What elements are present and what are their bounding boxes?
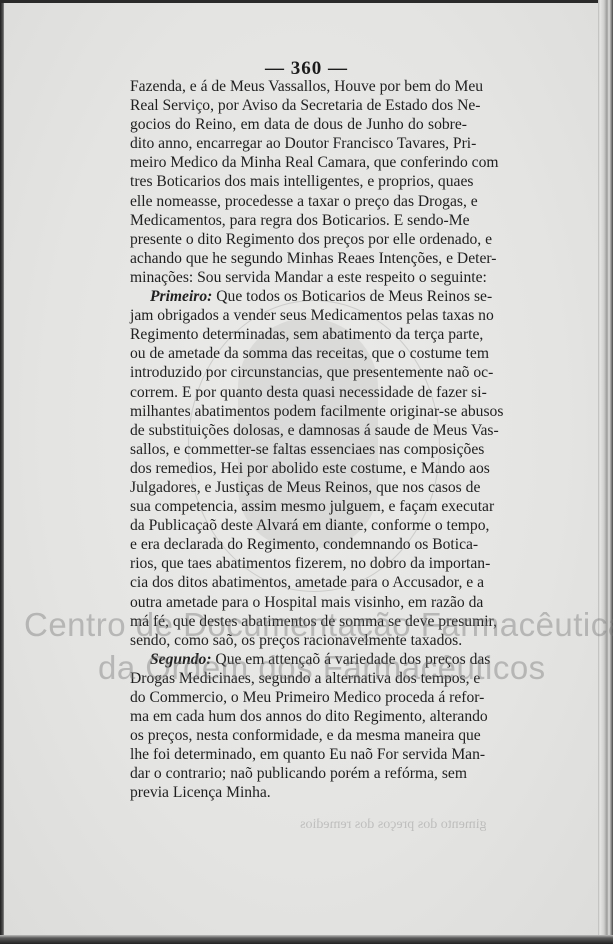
section-label-primeiro: Primeiro:: [150, 288, 212, 305]
text-line: Julgadores, e Justiças de Meus Reinos, q…: [130, 478, 467, 497]
text-line: Regimento determinadas, sem abatimento d…: [130, 325, 467, 344]
text-line: má fé, que destes abatimentos de somma s…: [130, 612, 467, 631]
text-line: e era declarada do Regimento, condemnand…: [130, 535, 467, 554]
text-line: minações: Sou servida Mandar a este resp…: [130, 268, 467, 287]
book-bottom-edge: [0, 935, 613, 944]
text-line: sallos, e commetter-se faltas essenciaes…: [130, 440, 467, 459]
text-line: Medicamentos, para regra dos Boticarios.…: [130, 211, 467, 230]
text-line: outra ametade para o Hospital mais visin…: [130, 593, 467, 612]
text-line: Real Serviço, por Aviso da Secretaria de…: [130, 96, 467, 115]
text-line: Que em attençaõ á variedade dos preços d…: [212, 651, 491, 668]
text-line: ou de ametade da somma das receitas, que…: [130, 344, 467, 363]
text-line: ma em cada hum dos annos do dito Regimen…: [130, 707, 467, 726]
text-line: cia dos ditos abatimentos, ametade para …: [130, 573, 467, 592]
book-right-edge: [598, 0, 613, 944]
text-line: tres Boticarios dos mais intelligentes, …: [130, 172, 467, 191]
text-line: dar o contrario; naõ publicando porém a …: [130, 764, 467, 783]
text-line: Que todos os Boticarios de Meus Reinos s…: [212, 288, 492, 305]
text-line: sua competencia, assim mesmo julguem, e …: [130, 497, 467, 516]
text-line: gocios do Reino, em data de dous de Junh…: [130, 115, 467, 134]
text-line: do Commercio, o Meu Primeiro Medico proc…: [130, 688, 467, 707]
text-line: correm. E por quanto desta quasi necessi…: [130, 383, 467, 402]
text-line: dos remedios, Hei por abolido este costu…: [130, 459, 467, 478]
paragraph-primeiro: Primeiro: Que todos os Boticarios de Meu…: [130, 287, 467, 306]
text-line: previa Licença Minha.: [130, 783, 467, 802]
text-line: milhantes abatimentos podem facilmente o…: [130, 402, 467, 421]
text-line: Drogas Medicinaes, segundo a alternativa…: [130, 669, 467, 688]
text-line: achando que he segundo Minhas Reaes Inte…: [130, 249, 467, 268]
text-line: meiro Medico da Minha Real Camara, que c…: [130, 153, 467, 172]
text-line: os preços, nesta conformidade, e da mesm…: [130, 726, 467, 745]
text-line: lhe foi determinado, em quanto Eu naõ Fo…: [130, 745, 467, 764]
text-line: rios, que taes abatimentos fizerem, no d…: [130, 554, 467, 573]
text-line: elle nomeasse, procedesse a taxar o preç…: [130, 192, 467, 211]
paragraph-segundo: Segundo: Que em attençaõ á variedade dos…: [130, 650, 467, 669]
text-line: de substituições dolosas, e damnosas á s…: [130, 421, 467, 440]
text-line: sendo, como saõ, os preços racionavelmen…: [130, 631, 467, 650]
body-text: Fazenda, e á de Meus Vassallos, Houve po…: [130, 77, 467, 803]
text-line: dito anno, encarregar ao Doutor Francisc…: [130, 134, 467, 153]
text-line: jam obrigados a vender seus Medicamentos…: [130, 306, 467, 325]
section-label-segundo: Segundo:: [150, 651, 212, 668]
text-line: da Publicaçaõ deste Alvará em diante, co…: [130, 516, 467, 535]
text-line: Fazenda, e á de Meus Vassallos, Houve po…: [130, 77, 467, 96]
text-line: presente o dito Regimento dos preços por…: [130, 230, 467, 249]
text-line: introduzido por circunstancias, que pres…: [130, 363, 467, 382]
